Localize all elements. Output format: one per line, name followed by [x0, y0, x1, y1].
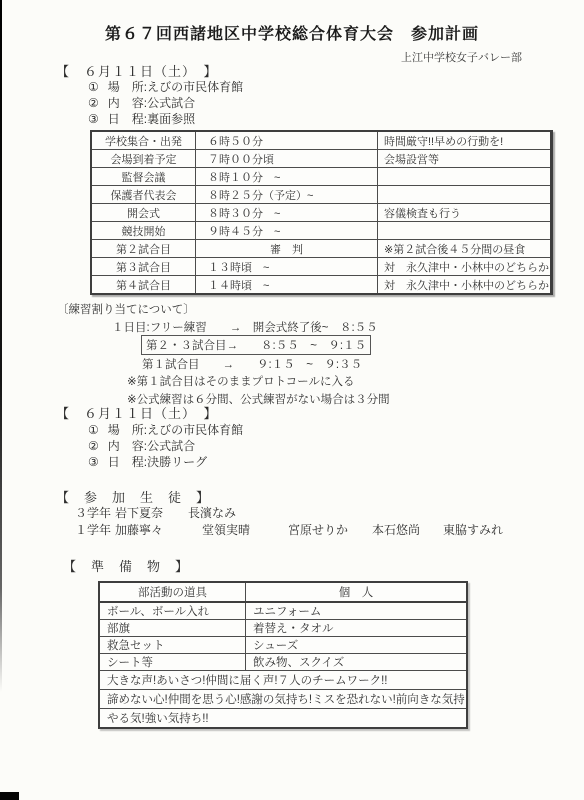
- schedule-event: 保護者代表会: [91, 186, 196, 204]
- table-row: 大きな声!あいさつ!仲間に届く声!７人のチームワーク!!: [99, 671, 467, 690]
- boxed-highlight: 第２・３試合目→ ８:５５ ~ ９:１５: [141, 335, 371, 355]
- table-row: シート等 飲み物、スクイズ: [99, 654, 467, 671]
- section1-item-content: ②内 容:公式試合: [88, 95, 243, 111]
- section2-items: ①場 所:えびの市民体育館 ②内 容:公式試合 ③日 程:決勝リーグ: [88, 422, 243, 470]
- scanned-document-page: 第６７回西諸地区中学校総合体育大会 参加計画 上江中学校女子バレー部 【 ６月１…: [0, 0, 584, 800]
- table-row: 競技開始 ９時４５分 ~: [91, 222, 552, 240]
- table-row: 第４試合目 １４時頃 ~ 対 永久津中・小林中のどちらか: [91, 276, 552, 295]
- slogan-row: 諦めない心!仲間を思う心!感謝の気持ち!ミスを恐れない!前向きな気持ち!: [99, 690, 467, 709]
- schedule-time: ８時２５分（予定）~: [196, 186, 378, 204]
- slogan-row: やる気!強い気持ち!!: [99, 709, 467, 729]
- schedule-event: 会場到着予定: [91, 150, 196, 168]
- preparation-table: 部活動の道具 個 人 ボール、ボール入れ ユニフォーム 部旗 着替え・タオル 救…: [98, 581, 468, 729]
- scan-artifact-corner-mark: [0, 792, 19, 800]
- practice-line-match1: 第１試合目 → ９:１５ ~ ９:３５: [142, 356, 362, 372]
- schedule-event: 競技開始: [91, 222, 196, 240]
- student-name: 本石悠尚: [372, 521, 420, 538]
- schedule-event: 監督会議: [91, 168, 196, 186]
- item-text: 場 所:えびの市民体育館: [108, 423, 243, 437]
- table-row: やる気!強い気持ち!!: [99, 709, 467, 729]
- schedule-note: [378, 168, 552, 186]
- section1-items: ①場 所:えびの市民体育館 ②内 容:公式試合 ③日 程:裏面参照: [88, 79, 243, 127]
- schedule-note: 対 永久津中・小林中のどちらか: [378, 276, 552, 295]
- schedule-time: ８時３０分 ~: [196, 204, 378, 222]
- schedule-event: 第４試合目: [91, 276, 196, 295]
- schedule-table: 学校集合・出発 ６時５０分 時間厳守!!早めの行動を! 会場到着予定 ７時００分…: [90, 130, 553, 295]
- item-text: 場 所:えびの市民体育館: [108, 80, 243, 94]
- schedule-note: 会場設営等: [378, 150, 552, 168]
- prep-personal-item: 飲み物、スクイズ: [246, 654, 468, 671]
- prep-club-item: 救急セット: [99, 637, 246, 654]
- student-name: 宮原せりか: [288, 521, 348, 538]
- schedule-time: ７時００分頃: [196, 150, 378, 168]
- schedule-note: [378, 222, 552, 240]
- table-row: 会場到着予定 ７時００分頃 会場設営等: [91, 150, 552, 168]
- table-row: 諦めない心!仲間を思う心!感謝の気持ち!ミスを恐れない!前向きな気持ち!: [99, 690, 467, 709]
- table-row: 第２試合目 審 判 ※第２試合後４５分間の昼食: [91, 240, 552, 258]
- slogan-row: 大きな声!あいさつ!仲間に届く声!７人のチームワーク!!: [99, 671, 467, 690]
- section1-date-heading: 【 ６月１１日（土） 】: [56, 61, 218, 80]
- table-row: 開会式 ８時３０分 ~ 容儀検査も行う: [91, 204, 552, 222]
- student-name: 堂領実晴: [202, 521, 250, 538]
- prep-club-item: ボール、ボール入れ: [99, 602, 246, 620]
- student-name: 岩下夏奈: [115, 504, 163, 521]
- section1-item-place: ①場 所:えびの市民体育館: [88, 79, 243, 95]
- schedule-time: ８時１０分 ~: [196, 168, 378, 186]
- student-name: 東脇すみれ: [443, 521, 503, 538]
- circled-number-2: ②: [88, 438, 99, 454]
- schedule-note: 対 永久津中・小林中のどちらか: [378, 258, 552, 276]
- schedule-event: 第２試合目: [91, 240, 196, 258]
- circled-number-1: ①: [88, 422, 99, 438]
- schedule-time: ６時５０分: [196, 131, 378, 150]
- item-text: 内 容:公式試合: [108, 96, 195, 110]
- prep-personal-item: ユニフォーム: [246, 602, 468, 620]
- practice-note-1: ※第１試合目はそのままプロトコールに入る: [127, 373, 354, 389]
- table-row: 救急セット シューズ: [99, 637, 467, 654]
- practice-line-match23: 第２・３試合目→ ８:５５ ~ ９:１５: [141, 335, 371, 355]
- student-name: 加藤寧々: [115, 521, 163, 538]
- table-row: 監督会議 ８時１０分 ~: [91, 168, 552, 186]
- practice-heading: 〔練習割り当てについて〕: [57, 301, 195, 317]
- section2-item-place: ①場 所:えびの市民体育館: [88, 422, 243, 438]
- circled-number-1: ①: [88, 79, 99, 95]
- grade-label: ３学年: [75, 504, 111, 521]
- schedule-time: 審 判: [196, 240, 378, 258]
- prep-personal-item: シューズ: [246, 637, 468, 654]
- prep-header-personal: 個 人: [246, 582, 468, 602]
- schedule-time: １３時頃 ~: [196, 258, 378, 276]
- section2-item-content: ②内 容:公式試合: [88, 438, 243, 454]
- item-text: 日 程:裏面参照: [108, 112, 195, 126]
- item-text: 内 容:公式試合: [108, 439, 195, 453]
- table-row: 第３試合目 １３時頃 ~ 対 永久津中・小林中のどちらか: [91, 258, 552, 276]
- schedule-note: [378, 186, 552, 204]
- schedule-note: ※第２試合後４５分間の昼食: [378, 240, 552, 258]
- item-text: 日 程:決勝リーグ: [108, 455, 207, 469]
- circled-number-3: ③: [88, 111, 99, 127]
- schedule-note: 時間厳守!!早めの行動を!: [378, 131, 552, 150]
- participants-row-grade3: ３学年 岩下夏奈 長濱なみ: [75, 504, 555, 520]
- schedule-event: 学校集合・出発: [91, 131, 196, 150]
- schedule-time: ９時４５分 ~: [196, 222, 378, 240]
- team-name: 上江中学校女子バレー部: [401, 49, 522, 65]
- table-header-row: 部活動の道具 個 人: [99, 582, 467, 602]
- circled-number-2: ②: [88, 95, 99, 111]
- grade-label: １学年: [75, 521, 111, 538]
- section1-item-schedule: ③日 程:裏面参照: [88, 111, 243, 127]
- prep-header-club: 部活動の道具: [99, 582, 246, 602]
- practice-line-free: １日目:フリー練習 → 開会式終了後~ ８:５５: [112, 319, 378, 335]
- table-row: 部旗 着替え・タオル: [99, 620, 467, 637]
- table-row: ボール、ボール入れ ユニフォーム: [99, 602, 467, 620]
- schedule-time: １４時頃 ~: [196, 276, 378, 295]
- section2-item-schedule: ③日 程:決勝リーグ: [88, 454, 243, 470]
- circled-number-3: ③: [88, 454, 99, 470]
- preparation-heading: 【 準 備 物 】: [63, 556, 189, 575]
- prep-club-item: 部旗: [99, 620, 246, 637]
- table-row: 学校集合・出発 ６時５０分 時間厳守!!早めの行動を!: [91, 131, 552, 150]
- participants-row-grade1: １学年 加藤寧々 堂領実晴 宮原せりか 本石悠尚 東脇すみれ: [75, 521, 555, 537]
- student-name: 長濱なみ: [188, 504, 236, 521]
- section2-date-heading: 【 ６月１１日（土） 】: [56, 403, 218, 422]
- prep-personal-item: 着替え・タオル: [246, 620, 468, 637]
- schedule-event: 開会式: [91, 204, 196, 222]
- prep-club-item: シート等: [99, 654, 246, 671]
- schedule-note: 容儀検査も行う: [378, 204, 552, 222]
- scan-artifact-left-line: [0, 0, 2, 692]
- table-row: 保護者代表会 ８時２５分（予定）~: [91, 186, 552, 204]
- schedule-event: 第３試合目: [91, 258, 196, 276]
- page-title: 第６７回西諸地区中学校総合体育大会 参加計画: [0, 21, 584, 44]
